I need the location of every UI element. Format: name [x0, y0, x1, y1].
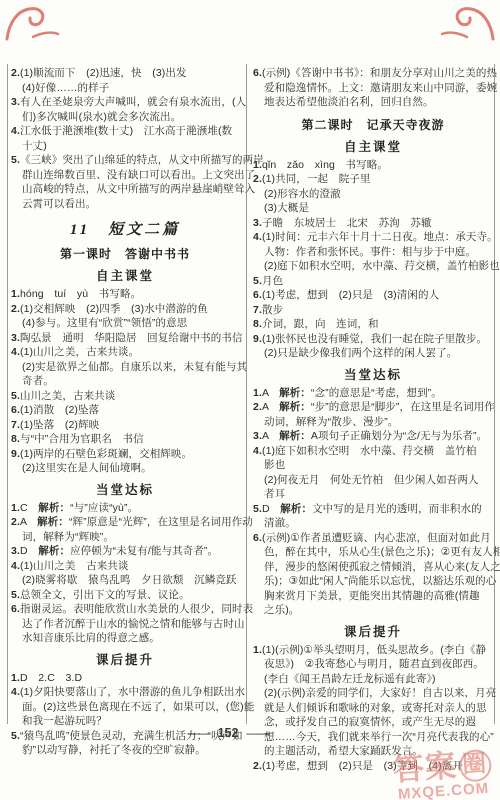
answer-line: 2.(1)顺流而下 (2)迅速，快 (3)出发	[11, 66, 239, 81]
answer-line: (2)只是缺少像我们两个这样的闲人罢了。	[253, 346, 493, 361]
page-number: 152	[218, 726, 239, 740]
answer-line: 伴，漫步的悠闲使孤寂之情倾消，喜从心来(友人之	[253, 560, 493, 575]
answer-line: (4)参与。这里有“欣赏”“领悟”的意思	[11, 316, 239, 331]
answer-line: 2.(1)共同，一起 院子里	[253, 172, 493, 187]
answer-line: 就是人们倾诉和歌咏的对象，或寄托对亲人的思	[253, 701, 493, 716]
session-heading: 第二课时 记承天寺夜游	[253, 116, 493, 133]
watermark-title-text: 答案	[392, 748, 458, 787]
answer-line: 乐)；③如此“闲人”尚能乐以忘忧，以豁达乐观的心	[253, 574, 493, 589]
answer-line: 6.(1)消散 (2)坠落	[11, 403, 239, 418]
answer-line: 者耳	[253, 487, 493, 502]
answer-line: (4)好像……的样子	[11, 81, 239, 96]
answer-line: 群山连绵数百里、没有缺口可以看出。上文突出了	[11, 168, 239, 183]
answer-line: (2)实是欲界之仙都。自康乐以来，未复有能与其	[11, 360, 239, 375]
answer-line: 影也	[253, 458, 493, 473]
answer-line: 5.《三峡》突出了山绵延的特点，从文中所描写的两岸	[11, 153, 239, 168]
answer-line: 1.(1)(示例)①举头望明月，低头思故乡。(李白《静	[253, 643, 493, 658]
answer-line: 3.子瞻 东坡居士 北宋 苏洵 苏辙	[253, 216, 493, 231]
answer-line: 色，醉在其中，乐从心生(景色之乐)；②更有友人相	[253, 545, 493, 560]
answer-columns: 2.(1)顺流而下 (2)迅速，快 (3)出发(4)好像……的样子3.有人在圣姥…	[11, 66, 493, 773]
answer-line: 地表达希望他淡泊名利，回归自然。	[253, 95, 493, 110]
answer-line: 面。(2)这些景色离现在不远了，如果可以，(您)能	[11, 700, 239, 715]
section-heading: 当堂达标	[253, 365, 493, 383]
answer-line: 3.陶弘景 通明 华阳隐居 回复给谢中书的书信	[11, 331, 239, 346]
right-column: 6.(示例)《答谢中书书》：和朋友分享对山川之美的热爱和隐逸情怀。上文：邀请朋友…	[245, 66, 493, 773]
answer-line: 6.(示例)①作者虽遭贬谪、内心悲凉，但面对如此月	[253, 531, 493, 546]
answer-line: 十丈)	[11, 139, 239, 154]
answer-line: 4.江水低于滟滪堆(数十丈) 江水高于滟滪堆(数	[11, 124, 239, 139]
answer-line: 之乐)。	[253, 603, 493, 618]
left-column: 2.(1)顺流而下 (2)迅速，快 (3)出发(4)好像……的样子3.有人在圣姥…	[11, 66, 245, 773]
answer-line: 5.月色	[253, 274, 493, 289]
answer-line: 动词，解释为“散步、漫步”。	[253, 415, 493, 430]
answer-line: 8.与“中”合用为官职名 书信	[11, 432, 239, 447]
answer-line: 云霄可以看出。	[11, 197, 239, 212]
answer-line: 5.D 解析：文中写的是月光的透明，而非积水的	[253, 502, 493, 517]
answer-line: 4.(1)山川之美，古来共谈。	[11, 345, 239, 360]
answer-line: 山高峻的特点，从文中所描写的两岸悬崖峭壁耸入	[11, 182, 239, 197]
answer-line: 词，解释为“辉映”。	[11, 530, 239, 545]
answer-line: 胸来赏月下美景，更能突出其情趣的高雅(情趣	[253, 589, 493, 604]
answer-line: 5.总领全文，引出下文的写景、议论。	[11, 588, 239, 603]
answer-line: 1.C 解析：“与”应读“yù”。	[11, 501, 239, 516]
answer-line: (2)晓雾将歇 猿鸟乱鸣 夕日欲颓 沉鳞竞跃	[11, 573, 239, 588]
corner-flourish-icon	[3, 3, 61, 45]
watermark-logo: 答案圈 MXQE.COM	[383, 748, 500, 800]
answer-line: 9.(1)张怀民也没有睡觉，我们一起在院子里散步。	[253, 332, 493, 347]
answer-line: 豹”以动写静，衬托了冬夜的空旷寂静。	[11, 743, 239, 758]
answer-line: 4.(1)时间：元丰六年十月十二日夜。地点：承天寺。	[253, 230, 493, 245]
answer-line: 们)多次喊叫(泉水)就会多次流出。	[11, 110, 239, 125]
answer-line: 4.(1)山川之美 古来共谈	[11, 559, 239, 574]
answer-line: 3.有人在圣姥泉旁大声喊叫，就会有泉水流出，(人	[11, 95, 239, 110]
corner-flourish-icon	[439, 3, 497, 45]
answer-line: 奇者。	[11, 374, 239, 389]
answer-line: 夜思》) ②我寄愁心与明月，随君直到夜郎西。	[253, 657, 493, 672]
answer-line: 爱和隐逸情怀。上文：邀请朋友来山中同游，委婉	[253, 81, 493, 96]
section-heading: 课后提升	[253, 622, 493, 640]
answer-line: 达了作者沉醉于山水的愉悦之情和能够与古时山	[11, 617, 239, 632]
answer-line: 7.(1)坠落 (2)辉映	[11, 418, 239, 433]
answer-line: 4.(1)夕阳快要落山了，水中潜游的鱼儿争相跃出水	[11, 685, 239, 700]
answer-line: 人物：作者和张怀民。事件：相与步于中庭。	[253, 245, 493, 260]
answer-line: 9.(1)两岸的石壁色彩斑斓，交相辉映。	[11, 447, 239, 462]
answer-line: 8.介词，跟，向 连词，和	[253, 317, 493, 332]
page-footer: ——152——	[0, 726, 456, 740]
answer-line: 水知音康乐比肩的得意之感。	[11, 631, 239, 646]
answer-line: 6.(示例)《答谢中书书》：和朋友分享对山川之美的热	[253, 66, 493, 81]
answer-line: 2.(1)交相辉映 (2)四季 (3)水中潜游的鱼	[11, 302, 239, 317]
answer-line: (2)庭下如积水空明，水中藻、荇交横，盖竹柏影也。	[253, 259, 493, 274]
section-heading: 自主课堂	[253, 137, 493, 155]
answer-line: (3)大概是	[253, 201, 493, 216]
section-heading: 课后提升	[11, 650, 239, 668]
answer-line: (2)这里实在是人间仙境啊。	[11, 461, 239, 476]
answer-line: (2)何夜无月 何处无竹柏 但少闲人如吾两人	[253, 473, 493, 488]
answer-line: 3.D 解析：应停顿为“未复有/能与其奇者”。	[11, 544, 239, 559]
answer-line: 2.A 解析：“辉”原意是“光辉”，在这里是名词用作动	[11, 515, 239, 530]
answer-line: (李白《闻王昌龄左迁龙标遥有此寄》)	[253, 672, 493, 687]
answer-line: 清澈。	[253, 516, 493, 531]
answer-line: 1.D 2.C 3.D	[11, 671, 239, 686]
answer-line: (2)形容水的澄澈	[253, 187, 493, 202]
answer-line: 7.散步	[253, 303, 493, 318]
answer-line: 3.A 解析：A项句子正确划分为“念/无与为乐者”。	[253, 429, 493, 444]
left-edge-rule	[7, 64, 8, 724]
section-heading: 当堂达标	[11, 480, 239, 498]
section-heading: 自主课堂	[11, 266, 239, 284]
answer-page: 2.(1)顺流而下 (2)迅速，快 (3)出发(4)好像……的样子3.有人在圣姥…	[0, 0, 500, 800]
answer-line: 6.(1)考虑，想到 (2)只是 (3)清闲的人	[253, 288, 493, 303]
footer-dash: ——	[188, 726, 210, 740]
answer-line: 4.(1)庭下如积水空明 水中藻、荇交横 盖竹柏	[253, 444, 493, 459]
answer-line: 6.指谢灵运。表明能欣赏山水美景的人很少，同时表	[11, 602, 239, 617]
answer-line: 5.山川之美，古来共谈	[11, 389, 239, 404]
watermark-circle-char: 圈	[458, 749, 492, 783]
answer-line: (2)(示例)亲爱的同学们，大家好！自古以来，月亮	[253, 686, 493, 701]
answer-line: 1.qǐn zǎo xìng 书写略。	[253, 158, 493, 173]
chapter-title: 11 短文二篇	[11, 218, 239, 239]
right-edge-rule	[494, 64, 495, 724]
answer-line: 2.A 解析：“步”的意思是“脚步”，在这里是名词用作	[253, 400, 493, 415]
session-heading: 第一课时 答谢中书书	[11, 245, 239, 262]
answer-line: 1.A 解析：“念”的意思是“考虑，想到”。	[253, 386, 493, 401]
answer-line: 1.hóng tuí yù 书写略。	[11, 287, 239, 302]
footer-dash: ——	[246, 726, 268, 740]
